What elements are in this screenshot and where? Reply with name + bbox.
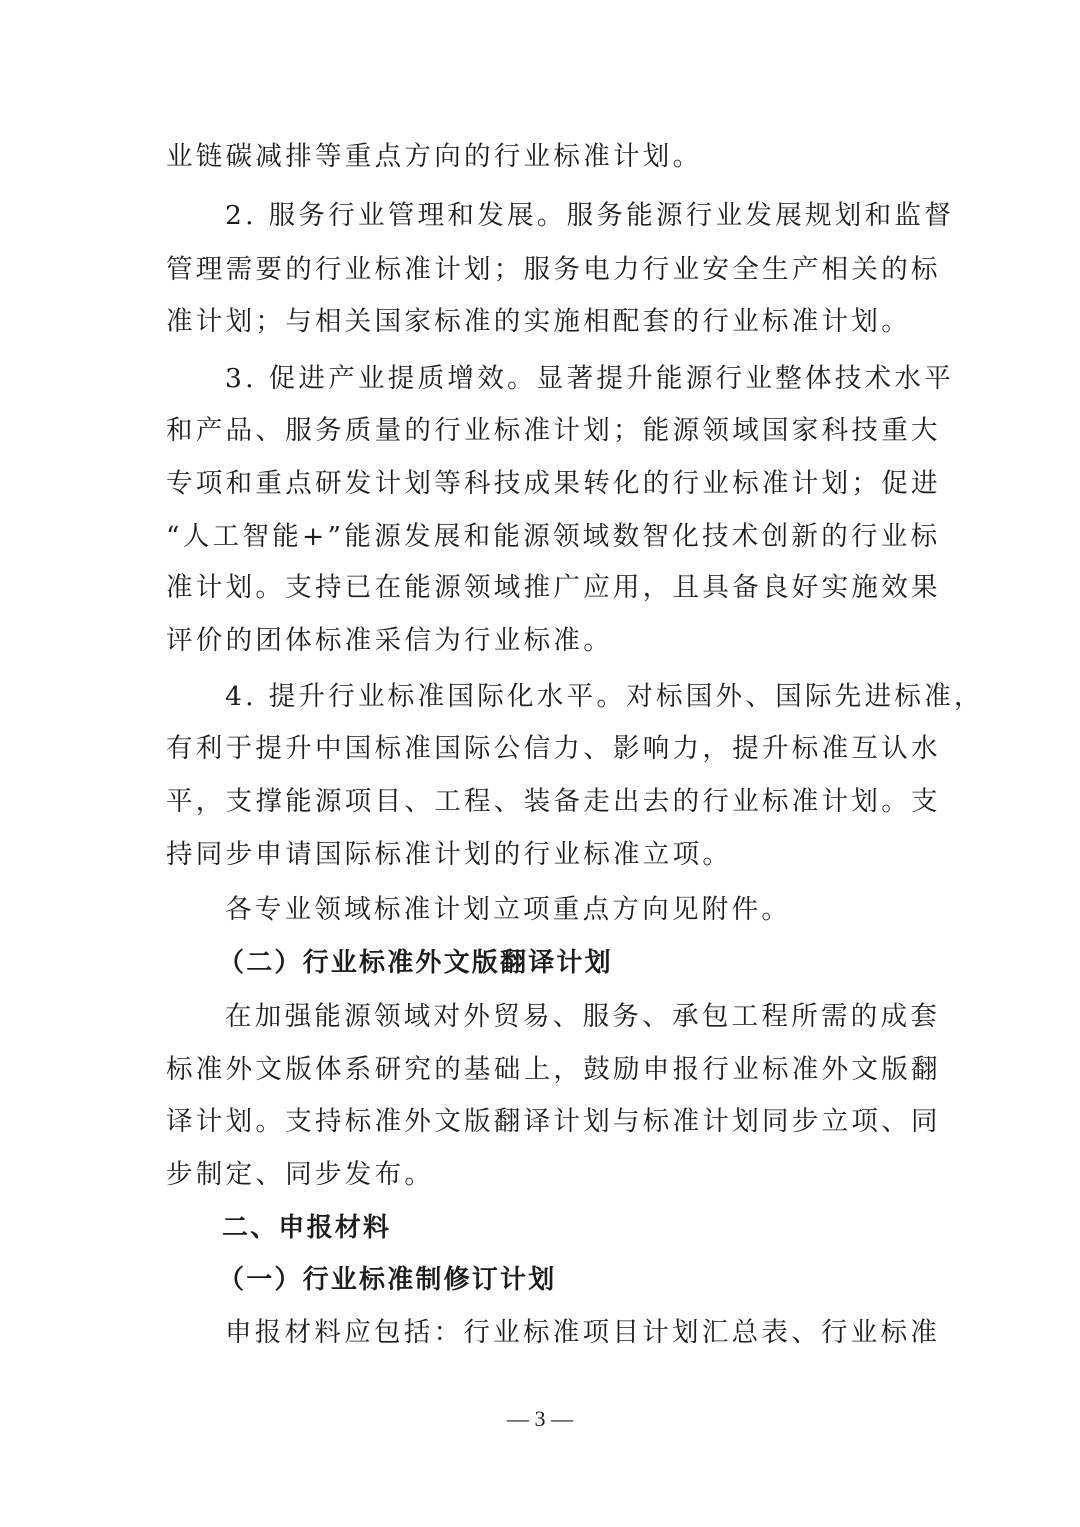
paragraph-line: 专项和重点研发计划等科技成果转化的行业标准计划；促进 (166, 464, 926, 504)
paragraph-line: 持同步申请国际标准计划的行业标准立项。 (166, 835, 926, 875)
section-heading-application-materials: 二、申报材料 (222, 1208, 982, 1248)
list-item-2-line: 2. 服务行业管理和发展。服务能源行业发展规划和监督 (225, 196, 985, 236)
paragraph-line: 管理需要的行业标准计划；服务电力行业安全生产相关的标 (166, 250, 926, 290)
page-number: — 3 — (0, 1402, 1080, 1436)
paragraph-line: 申报材料应包括：行业标准项目计划汇总表、行业标准 (225, 1313, 985, 1353)
paragraph-line: “人工智能+”能源发展和能源领域数智化技术创新的行业标 (166, 517, 926, 557)
paragraph-line: 译计划。支持标准外文版翻译计划与标准计划同步立项、同 (166, 1102, 926, 1142)
paragraph-line: 平，支撑能源项目、工程、装备走出去的行业标准计划。支 (166, 782, 926, 822)
paragraph-line: 评价的团体标准采信为行业标准。 (166, 621, 926, 661)
paragraph-line: 步制定、同步发布。 (166, 1155, 926, 1195)
document-page: 业链碳减排等重点方向的行业标准计划。 2. 服务行业管理和发展。服务能源行业发展… (0, 0, 1080, 1527)
paragraph-line: 和产品、服务质量的行业标准计划；能源领域国家科技重大 (166, 411, 926, 451)
paragraph-line: 准计划。支持已在能源领域推广应用，且具备良好实施效果 (166, 568, 926, 608)
section-heading-revision-plan: （一）行业标准制修订计划 (218, 1260, 978, 1300)
list-item-3-line: 3. 促进产业提质增效。显著提升能源行业整体技术水平 (225, 359, 985, 399)
paragraph-line: 准计划；与相关国家标准的实施相配套的行业标准计划。 (166, 302, 926, 342)
paragraph-line: 业链碳减排等重点方向的行业标准计划。 (166, 137, 926, 177)
section-heading-translation-plan: （二）行业标准外文版翻译计划 (218, 943, 978, 983)
list-item-4-line: 4. 提升行业标准国际化水平。对标国外、国际先进标准， (225, 677, 985, 717)
paragraph-line: 有利于提升中国标准国际公信力、影响力，提升标准互认水 (166, 729, 926, 769)
paragraph-line: 各专业领域标准计划立项重点方向见附件。 (225, 890, 985, 930)
paragraph-line: 在加强能源领域对外贸易、服务、承包工程所需的成套 (225, 997, 985, 1037)
paragraph-line: 标准外文版体系研究的基础上，鼓励申报行业标准外文版翻 (166, 1050, 926, 1090)
